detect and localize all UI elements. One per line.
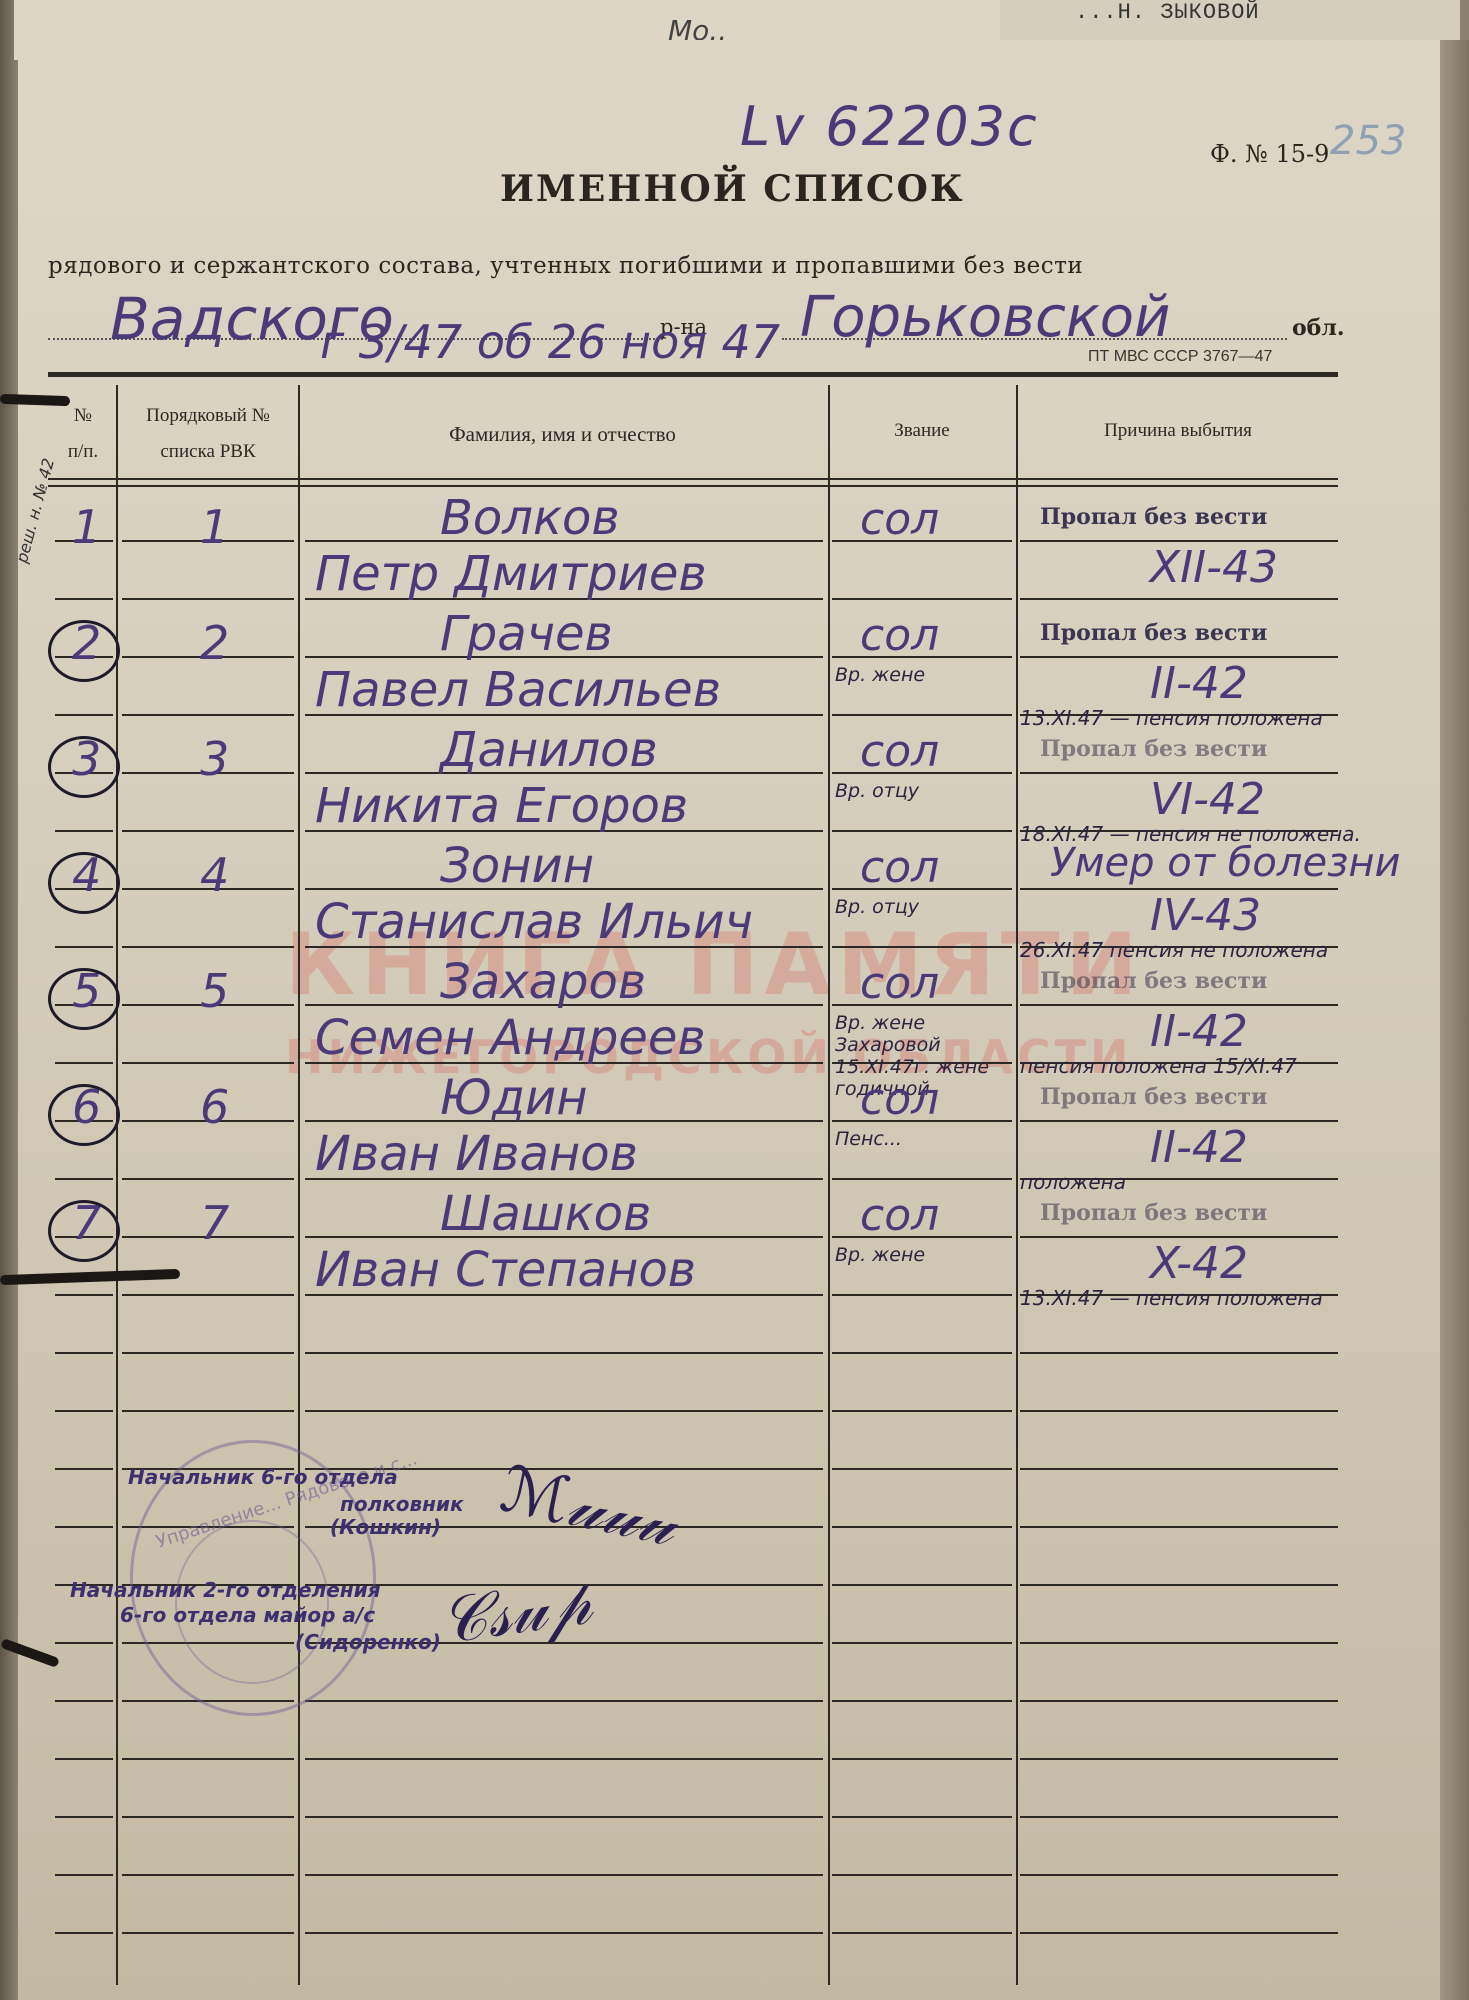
row-rule <box>55 1468 113 1470</box>
row-rule <box>305 1816 823 1818</box>
row-rule <box>55 1062 113 1064</box>
row-given-names: Никита Егоров <box>315 778 688 834</box>
row-given-names: Станислав Ильич <box>315 894 753 950</box>
pp-circle-mark <box>48 620 120 682</box>
column-divider <box>298 385 300 1985</box>
column-header-pp-line1: № <box>48 405 118 427</box>
row-rule <box>55 1932 113 1934</box>
column-header-rvk-line1: Порядковый № <box>118 405 298 427</box>
row-rule <box>122 1352 294 1354</box>
row-rule <box>122 1294 294 1296</box>
column-divider <box>828 385 830 1985</box>
row-rule <box>122 1932 294 1934</box>
row-surname: Захаров <box>440 954 646 1010</box>
row-rank: сол <box>860 494 939 545</box>
row-rule <box>305 1700 823 1702</box>
row-rank: сол <box>860 1190 939 1241</box>
row-rule <box>1020 1816 1338 1818</box>
row-reason-stamp: Пропал без вести <box>1040 504 1267 530</box>
row-rule <box>122 714 294 716</box>
row-rule <box>122 598 294 600</box>
row-missing-date: II-42 <box>1150 1006 1248 1057</box>
pp-circle-mark <box>48 852 120 914</box>
row-rank-note: Вр. отцу <box>835 896 919 918</box>
row-rule <box>122 1816 294 1818</box>
column-divider <box>116 385 118 1985</box>
row-rule <box>122 1874 294 1876</box>
row-rvk-number: 4 <box>200 848 229 902</box>
row-rule <box>1020 1874 1338 1876</box>
row-rule <box>122 830 294 832</box>
row-rule <box>832 1352 1012 1354</box>
row-rule <box>55 1816 113 1818</box>
row-rvk-number: 1 <box>200 500 229 554</box>
column-divider <box>1016 385 1018 1985</box>
row-pp-number: 1 <box>72 500 101 554</box>
row-rule <box>832 1526 1012 1528</box>
row-rank-note: Вр. жене <box>835 1244 925 1266</box>
row-rvk-number: 7 <box>200 1196 229 1250</box>
row-rule <box>55 1874 113 1876</box>
row-rvk-number: 6 <box>200 1080 229 1134</box>
row-rule <box>122 1758 294 1760</box>
row-rule <box>55 946 113 948</box>
row-rule <box>55 714 113 716</box>
row-given-names: Семен Андреев <box>315 1010 706 1066</box>
row-reason-note: 26.XI.47 пенсия не положена <box>1020 938 1328 962</box>
row-reason-stamp: Пропал без вести <box>1040 1200 1267 1226</box>
row-rule <box>1020 1932 1338 1934</box>
row-reason-note: положена <box>1020 1170 1126 1194</box>
header-bottom-rule <box>48 478 1338 487</box>
row-rule <box>832 946 1012 948</box>
row-given-names: Иван Иванов <box>315 1126 638 1182</box>
row-rank-note: Вр. жене <box>835 664 925 686</box>
official-seal-inner-ring <box>175 1520 329 1684</box>
row-reason-stamp: Пропал без вести <box>1040 1084 1267 1110</box>
row-surname: Грачев <box>440 606 613 662</box>
row-reason-handwritten: Умер от болезни <box>1050 840 1401 886</box>
column-header-rvk-line2: списка РВК <box>118 441 298 463</box>
row-reason-note: 13.XI.47 — пенсия положена <box>1020 1286 1323 1310</box>
row-rule <box>55 1410 113 1412</box>
row-rule <box>1020 1584 1338 1586</box>
row-rule <box>832 598 1012 600</box>
row-rank-note: Пенс... <box>835 1128 902 1150</box>
row-rule <box>832 1410 1012 1412</box>
row-rvk-number: 5 <box>200 964 229 1018</box>
row-missing-date: X-42 <box>1150 1238 1248 1289</box>
row-reason-note: 13.XI.47 — пенсия положена <box>1020 706 1323 730</box>
row-rule <box>305 1352 823 1354</box>
signatory-1-name: (Кошкин) <box>330 1515 441 1539</box>
row-rule <box>1020 1526 1338 1528</box>
row-surname: Юдин <box>440 1070 588 1126</box>
row-rule <box>1020 1468 1338 1470</box>
column-header-rank: Звание <box>828 420 1016 442</box>
row-rule <box>1020 1758 1338 1760</box>
row-rule <box>1020 1642 1338 1644</box>
row-rank-note: Вр. отцу <box>835 780 919 802</box>
row-missing-date: II-42 <box>1150 658 1248 709</box>
row-given-names: Павел Васильев <box>315 662 721 718</box>
row-rvk-number: 3 <box>200 732 229 786</box>
signatory-1-title: Начальник 6-го отдела <box>128 1465 398 1489</box>
column-header-name: Фамилия, имя и отчество <box>300 422 825 447</box>
row-rule <box>122 946 294 948</box>
signatory-2-name: (Сидоренко) <box>295 1630 441 1654</box>
row-missing-date: XII-43 <box>1150 542 1278 593</box>
row-rule <box>55 1758 113 1760</box>
row-rule <box>55 830 113 832</box>
row-surname: Зонин <box>440 838 594 894</box>
column-header-pp: № п/п. <box>48 405 118 463</box>
row-rule <box>1020 598 1338 600</box>
row-given-names: Петр Дмитриев <box>315 546 707 602</box>
row-rule <box>305 1874 823 1876</box>
column-header-rvk: Порядковый № списка РВК <box>118 405 298 463</box>
row-rule <box>832 1816 1012 1818</box>
row-rule <box>832 1932 1012 1934</box>
row-rule <box>122 1178 294 1180</box>
signatory-2-title: Начальник 2-го отделения <box>70 1578 380 1602</box>
pp-circle-mark <box>48 1084 120 1146</box>
signatory-1-rank: полковник <box>340 1492 464 1516</box>
row-rule <box>55 1294 113 1296</box>
row-rank: сол <box>860 610 939 661</box>
row-rule <box>55 598 113 600</box>
row-rule <box>832 1758 1012 1760</box>
row-surname: Данилов <box>440 722 658 778</box>
row-rvk-number: 2 <box>200 616 229 670</box>
row-reason-stamp: Пропал без вести <box>1040 736 1267 762</box>
row-rule <box>832 1874 1012 1876</box>
row-rank: сол <box>860 842 939 893</box>
row-rule <box>55 1700 113 1702</box>
row-rule <box>55 1526 113 1528</box>
row-rule <box>122 1062 294 1064</box>
signatory-2-rank: 6-го отдела майор а/с <box>120 1603 375 1627</box>
row-reason-stamp: Пропал без вести <box>1040 620 1267 646</box>
pp-circle-mark <box>48 968 120 1030</box>
row-rule <box>305 1410 823 1412</box>
row-reason-note: пенсия положена 15/XI.47 <box>1020 1054 1297 1078</box>
row-rule <box>122 1410 294 1412</box>
row-missing-date: II-42 <box>1150 1122 1248 1173</box>
row-rule <box>832 1294 1012 1296</box>
row-rule <box>55 1178 113 1180</box>
row-reason-stamp: Пропал без вести <box>1040 968 1267 994</box>
row-rule <box>832 830 1012 832</box>
row-rule <box>832 714 1012 716</box>
row-rule <box>832 1642 1012 1644</box>
row-rule <box>305 1932 823 1934</box>
row-rule <box>832 1700 1012 1702</box>
row-rule <box>832 1178 1012 1180</box>
row-surname: Шашков <box>440 1186 651 1242</box>
row-surname: Волков <box>440 490 620 546</box>
row-rule <box>55 1642 113 1644</box>
row-rank: сол <box>860 958 939 1009</box>
row-missing-date: IV-43 <box>1150 890 1261 941</box>
row-rule <box>1020 1410 1338 1412</box>
pp-circle-mark <box>48 1200 120 1262</box>
row-rank: сол <box>860 726 939 777</box>
row-rule <box>55 1352 113 1354</box>
row-rule <box>1020 1352 1338 1354</box>
row-missing-date: VI-42 <box>1150 774 1265 825</box>
row-rank: сол <box>860 1074 939 1125</box>
row-rule <box>832 1468 1012 1470</box>
row-rule <box>305 1758 823 1760</box>
column-header-reason: Причина выбытия <box>1018 420 1338 442</box>
row-rule <box>832 1584 1012 1586</box>
row-rule <box>1020 1700 1338 1702</box>
row-given-names: Иван Степанов <box>315 1242 696 1298</box>
pp-circle-mark <box>48 736 120 798</box>
